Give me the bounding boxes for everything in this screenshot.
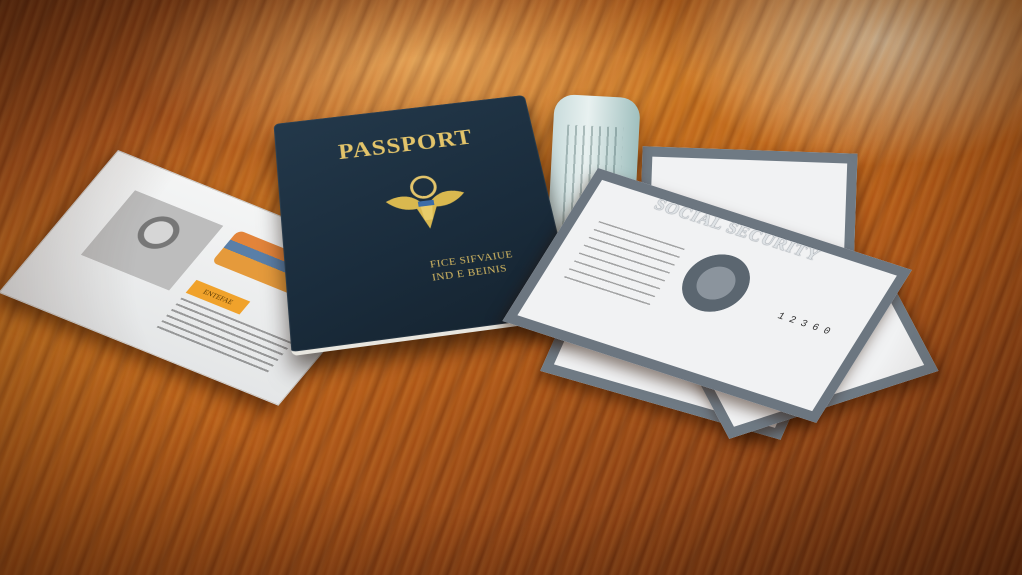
wooden-table-photo: ENTEFAE PASSPORT FICE SIFVAIUE IND E BEI… (0, 0, 1022, 575)
vignette (0, 0, 1022, 575)
